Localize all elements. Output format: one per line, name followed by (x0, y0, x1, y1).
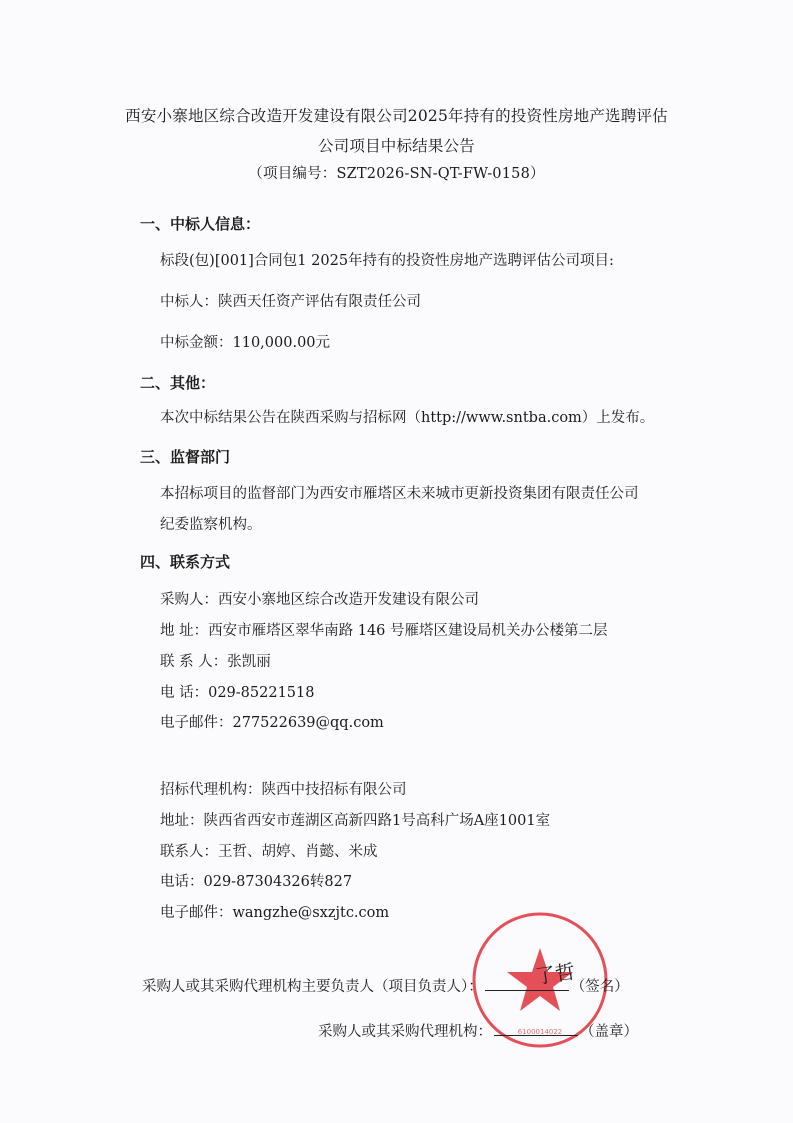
signature-suffix: （签名） (571, 979, 629, 995)
winner-info: 中标人：陕西天任资产评估有限责任公司 (160, 290, 421, 311)
purchaser-contact: 联 系 人：张凯丽 (160, 650, 271, 671)
document-title-line1: 西安小寨地区综合改造开发建设有限公司2025年持有的投资性房地产选聘评估 (0, 104, 793, 126)
publication-note: 本次中标结果公告在陕西采购与招标网（http://www.sntba.com）上… (160, 406, 654, 427)
agency-name: 招标代理机构：陕西中技招标有限公司 (160, 778, 407, 799)
lot-info: 标段(包)[001]合同包1 2025年持有的投资性房地产选聘评估公司项目: (160, 249, 614, 270)
stamp-suffix: （盖章） (580, 1024, 638, 1040)
section4-heading: 四、联系方式 (140, 551, 230, 572)
supervision-text-1: 本招标项目的监督部门为西安市雁塔区未来城市更新投资集团有限责任公司 (160, 482, 639, 503)
stamp-label: 采购人或其采购代理机构： (318, 1024, 492, 1040)
agency-contact: 联系人：王哲、胡婷、肖懿、米成 (160, 840, 378, 861)
project-number: （项目编号：SZT2026-SN-QT-FW-0158） (0, 162, 793, 183)
section3-heading: 三、监督部门 (140, 446, 230, 467)
stamp-field (494, 1021, 578, 1036)
agency-email: 电子邮件：wangzhe@sxzjtc.com (160, 901, 389, 922)
purchaser-name: 采购人：西安小寨地区综合改造开发建设有限公司 (160, 588, 479, 609)
document-page: 西安小寨地区综合改造开发建设有限公司2025年持有的投资性房地产选聘评估 公司项… (0, 0, 793, 1123)
section2-heading: 二、其他： (140, 372, 215, 393)
signature-label: 采购人或其采购代理机构主要负责人（项目负责人）： (142, 979, 483, 995)
purchaser-phone: 电 话：029-85221518 (160, 681, 315, 702)
stamp-line: 采购人或其采购代理机构：（盖章） (318, 1020, 638, 1041)
agency-phone: 电话：029-87304326转827 (160, 870, 352, 891)
purchaser-email: 电子邮件：277522639@qq.com (160, 711, 384, 732)
agency-address: 地址：陕西省西安市莲湖区高新四路1号高科广场A座1001室 (160, 809, 550, 830)
section1-heading: 一、中标人信息： (140, 213, 260, 234)
handwritten-signature: 了哲 (533, 955, 577, 989)
purchaser-address: 地 址：西安市雁塔区翠华南路 146 号雁塔区建设局机关办公楼第二层 (160, 619, 608, 640)
document-title-line2: 公司项目中标结果公告 (0, 134, 793, 156)
bid-amount: 中标金额：110,000.00元 (160, 331, 330, 352)
supervision-text-2: 纪委监察机构。 (160, 513, 262, 534)
